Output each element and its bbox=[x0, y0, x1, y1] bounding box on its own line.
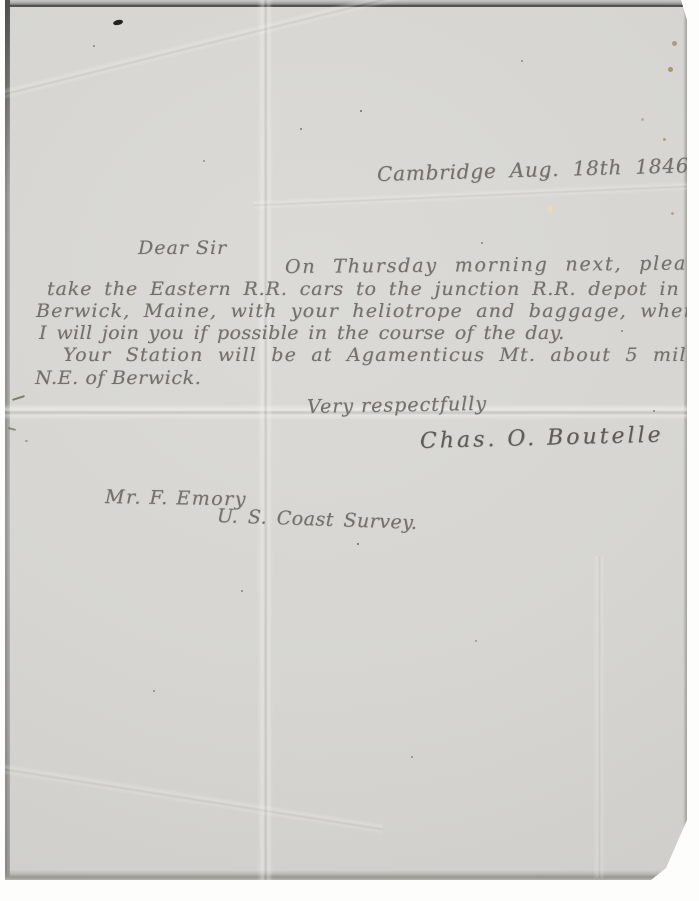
letter-dateline: Cambridge Aug. 18th 1846. bbox=[377, 153, 697, 186]
foxing-stains bbox=[5, 0, 8, 3]
letter-body-line: N.E. of Berwick. bbox=[35, 367, 201, 389]
letter-closing: Very respectfully bbox=[307, 393, 487, 418]
letter-paper: Cambridge Aug. 18th 1846. Dear Sir On Th… bbox=[5, 0, 687, 880]
letter-body-line: Your Station will be at Agamenticus Mt. … bbox=[63, 344, 699, 366]
letter-salutation: Dear Sir bbox=[138, 237, 227, 259]
fold-crease-vertical-bottom-right bbox=[593, 556, 605, 878]
paper-edge-right-shadow bbox=[683, 0, 687, 880]
letter-body-line: take the Eastern R.R. cars to the juncti… bbox=[47, 278, 680, 300]
ink-speck bbox=[113, 19, 124, 25]
letter-body-line: Berwick, Maine, with your heliotrope and… bbox=[36, 300, 699, 322]
fold-crease-diagonal-top-right bbox=[253, 180, 699, 210]
margin-pen-mark bbox=[12, 395, 25, 401]
margin-pen-mark bbox=[25, 440, 28, 442]
letter-signature: Chas. O. Boutelle bbox=[420, 423, 664, 454]
scanned-letter-page: Cambridge Aug. 18th 1846. Dear Sir On Th… bbox=[0, 0, 699, 901]
fold-crease-diagonal-bottom-left bbox=[0, 757, 383, 835]
scanner-edge-top bbox=[5, 0, 687, 7]
letter-body-line: On Thursday morning next, please- bbox=[285, 252, 699, 278]
letter-body-line: I will join you if possible in the cours… bbox=[39, 322, 565, 344]
fold-crease-diagonal-top-left bbox=[0, 0, 409, 113]
paper-fleck bbox=[547, 206, 553, 212]
paper-edge-bottom bbox=[5, 870, 687, 880]
fold-crease-vertical bbox=[257, 0, 273, 880]
letter-recipient-organization: U. S. Coast Survey. bbox=[217, 505, 418, 534]
scanner-edge-left bbox=[5, 0, 10, 880]
